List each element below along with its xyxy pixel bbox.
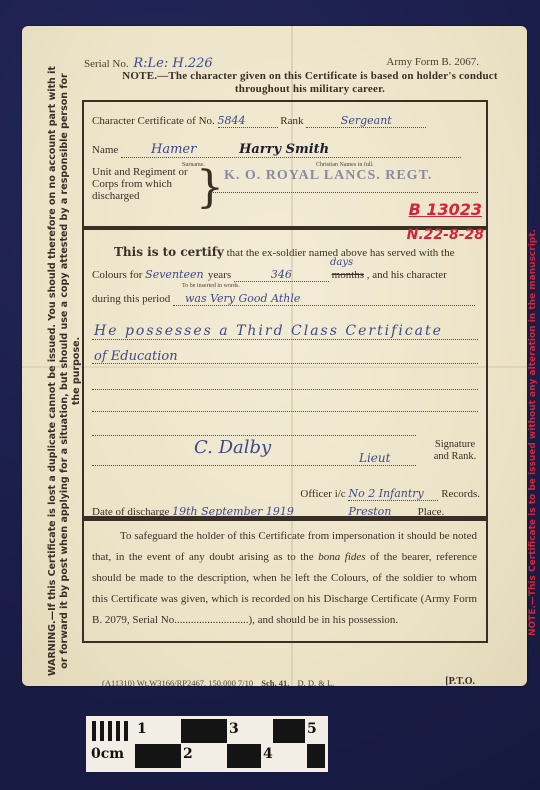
officer-line: Officer i/c No 2 Infantry Records.: [300, 487, 480, 501]
unit-label: Unit and Regiment or Corps from which di…: [92, 166, 194, 202]
army-form-label: Army Form B. 2067.: [386, 56, 479, 68]
name-row: Name Hamer Harry Smith: [92, 142, 461, 158]
serial-value: R:Le: H.226: [133, 56, 212, 71]
period-line: during this period was Very Good Athle: [92, 292, 475, 306]
years-value: Seventeen: [145, 268, 205, 281]
remark-line-2: of Education: [94, 349, 178, 364]
serial-number: Serial No. R:Le: H.226: [84, 56, 213, 71]
cert-number-row: Character Certificate of No. 5844 Rank S…: [92, 114, 426, 128]
signature-label: Signature and Rank.: [430, 439, 480, 463]
scale-ruler-ticks: [89, 719, 135, 743]
signature-rank: Lieut: [359, 451, 390, 465]
identity-section: Character Certificate of No. 5844 Rank S…: [82, 100, 488, 230]
safeguard-paragraph: To safeguard the holder of this Certific…: [92, 526, 477, 631]
red-reference-b: B 13023: [409, 200, 482, 219]
colours-line: Colours for Seventeen years 346 months ,…: [92, 268, 447, 282]
brace: }: [196, 168, 224, 208]
certificate-paper: Serial No. R:Le: H.226 Army Form B. 2067…: [22, 26, 527, 686]
warning-side-note: WARNING.—If this Certificate is lost a d…: [47, 66, 92, 676]
pto-label: [P.T.O.: [445, 676, 475, 687]
soldier-rank: Sergeant: [306, 114, 426, 128]
top-note: NOTE.—The character given on this Certif…: [110, 70, 510, 96]
certify-section: N.22-8-28 This is to certify that the ex…: [82, 226, 488, 521]
officer-signature: C. Dalby: [194, 437, 271, 458]
remark-line-1: He possesses a Third Class Certificate: [94, 323, 443, 339]
christian-names: Harry Smith: [239, 142, 329, 157]
print-footer: (A11310) Wt.W3166/RP2467. 150,000 7/10 S…: [102, 678, 334, 688]
unit-stamp: K. O. ROYAL LANCS. REGT.: [224, 168, 432, 184]
days-value: 346: [234, 268, 329, 282]
officer-value: No 2 Infantry: [348, 487, 438, 501]
days-handwritten: days: [330, 257, 353, 268]
certify-line: This is to certify that the ex-soldier n…: [114, 245, 455, 259]
surname: Hamer: [151, 142, 196, 157]
centimeter-scale-bar: 1 3 5 0cm 2 4: [86, 716, 328, 772]
character-value: was Very Good Athle: [173, 292, 475, 306]
red-reference-n: N.22-8-28: [407, 227, 484, 243]
soldier-number: 5844: [218, 114, 278, 128]
red-side-note: NOTE.—This Certificate is to be issued w…: [528, 116, 540, 636]
